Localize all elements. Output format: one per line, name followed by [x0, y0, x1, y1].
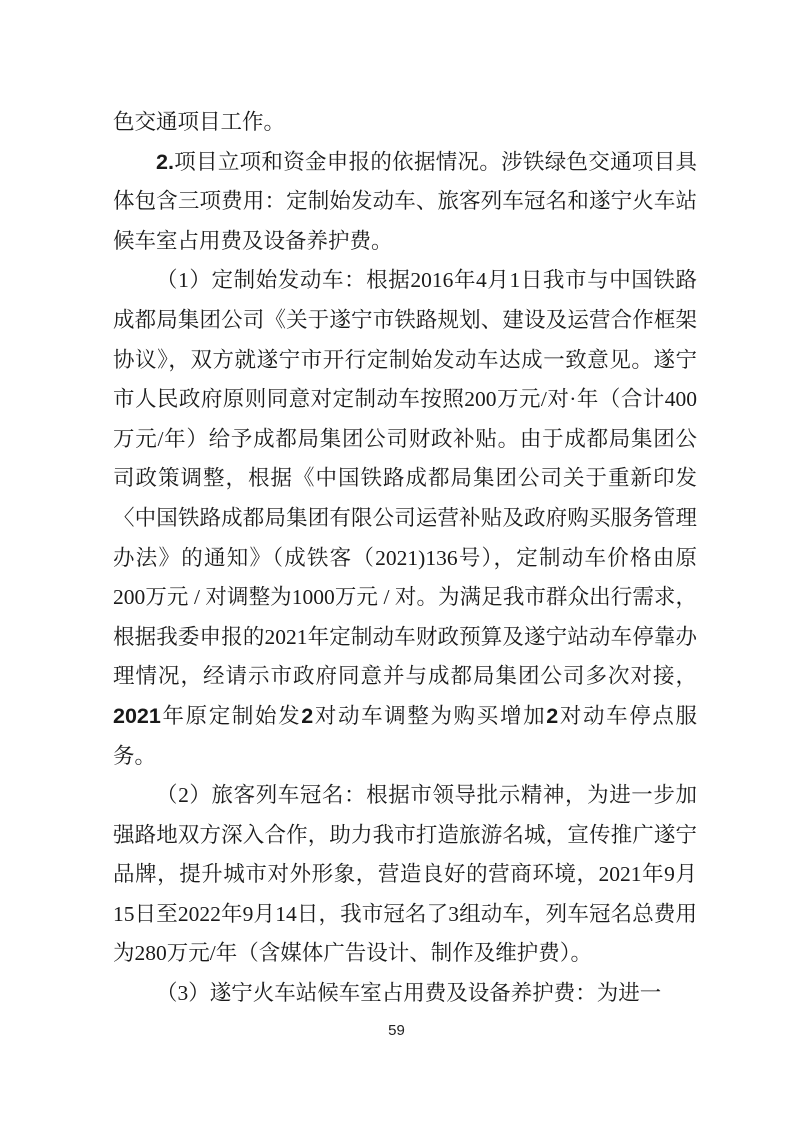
section-2-text: 项目立项和资金申报的依据情况。涉铁绿色交通项目具体包含三项费用：定制始发动车、旅… — [113, 150, 697, 253]
section-2-number: 2. — [156, 150, 174, 174]
paragraph-item-2: （2）旅客列车冠名：根据市领导批示精神，为进一步加强路地双方深入合作，助力我市打… — [113, 776, 697, 974]
item-2-text: （2）旅客列车冠名：根据市领导批示精神，为进一步加强路地双方深入合作，助力我市打… — [113, 783, 697, 965]
item-1-bold-count-2: 2 — [546, 704, 558, 728]
document-body: 色交通项目工作。 2.项目立项和资金申报的依据情况。涉铁绿色交通项目具体包含三项… — [113, 103, 697, 1014]
item-1-bold-year: 2021 — [113, 704, 161, 728]
item-1-text: （1）定制始发动车：根据2016年4月1日我市与中国铁路成都局集团公司《关于遂宁… — [113, 268, 697, 688]
paragraph-item-1: （1）定制始发动车：根据2016年4月1日我市与中国铁路成都局集团公司《关于遂宁… — [113, 261, 697, 776]
document-page: 色交通项目工作。 2.项目立项和资金申报的依据情况。涉铁绿色交通项目具体包含三项… — [0, 0, 793, 1122]
paragraph-continuation: 色交通项目工作。 — [113, 103, 697, 143]
item-3-text: （3）遂宁火车站候车室占用费及设备养护费：为进一 — [156, 981, 661, 1005]
item-1-text-2: 年原定制始发 — [161, 704, 301, 728]
paragraph-item-3: （3）遂宁火车站候车室占用费及设备养护费：为进一 — [113, 974, 697, 1014]
item-1-bold-count-1: 2 — [301, 704, 313, 728]
item-1-text-3: 对动车调整为购买增加 — [313, 704, 546, 728]
paragraph-section-2: 2.项目立项和资金申报的依据情况。涉铁绿色交通项目具体包含三项费用：定制始发动车… — [113, 143, 697, 262]
paragraph-continuation-text: 色交通项目工作。 — [113, 110, 285, 134]
page-number: 59 — [0, 1022, 793, 1039]
